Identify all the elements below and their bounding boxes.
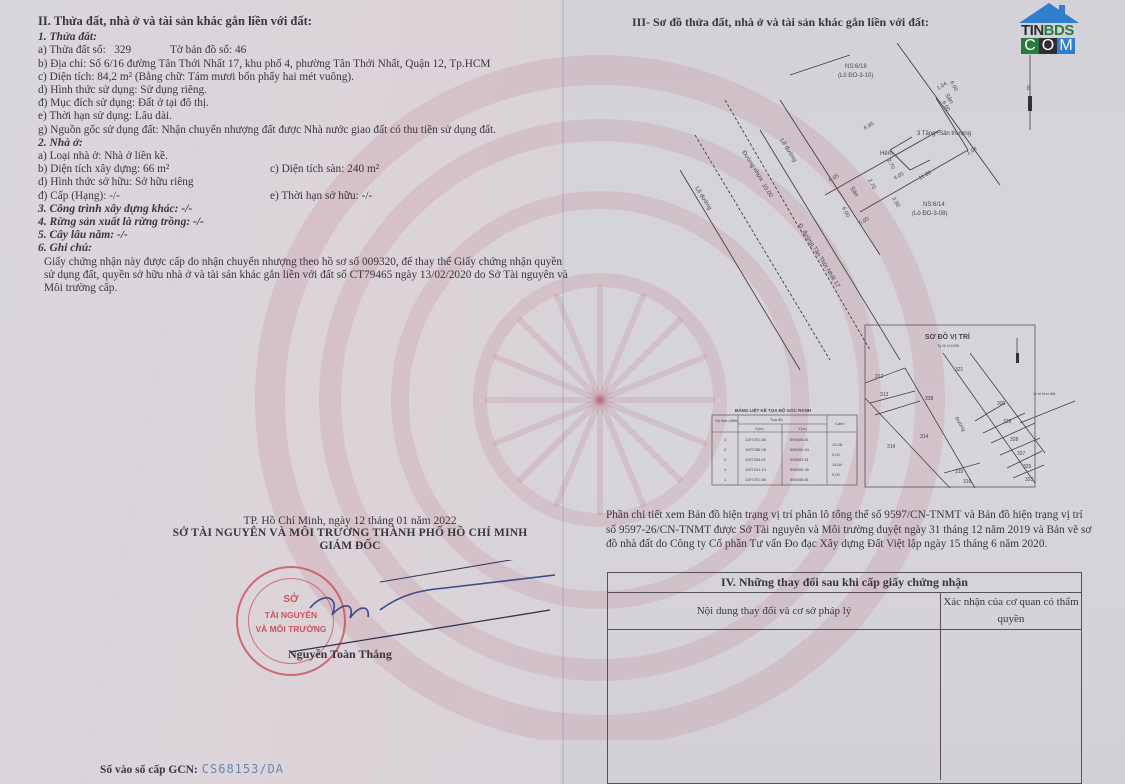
building-label: 3 Tầng+Sân thượng [917,131,971,137]
changes-table: IV. Những thay đổi sau khi cấp giấy chứn… [607,572,1082,784]
svg-text:595508.81: 595508.81 [790,477,810,482]
road-width-label: 10.00 [760,183,773,199]
signer-name: Nguyễn Toàn Thắng [288,647,392,662]
svg-text:319: 319 [887,444,896,450]
parcel-no-label: a) Thửa đất số: [38,44,106,56]
handwritten-signature-icon [270,560,560,660]
svg-text:314: 314 [920,434,929,440]
house-roof-icon [1019,3,1079,23]
street-label: Đ. đường Tân Thới Nhất 17 [796,223,841,290]
svg-text:Tọa độ: Tọa độ [770,417,783,422]
svg-text:6.05: 6.05 [828,173,840,184]
svg-text:5.00: 5.00 [832,452,841,457]
svg-text:1197284.01: 1197284.01 [745,457,767,462]
svg-text:327: 327 [1017,451,1026,457]
svg-text:1197291.86: 1197291.86 [745,477,767,482]
place-date: TP. Hồ Chí Minh, ngày 12 tháng 01 năm 20… [150,515,550,527]
changes-body [608,630,1081,780]
svg-text:X(m): X(m) [755,426,764,431]
svg-text:338: 338 [925,396,934,402]
use-form: d) Hình thức sử dụng: Sử dụng riêng. [38,84,578,97]
signer-title: GIÁM ĐỐC [150,540,550,552]
changes-col-confirmation: Xác nhận của cơ quan có thẩm quyền [941,593,1081,629]
svg-text:6.00: 6.00 [948,80,958,92]
svg-text:325: 325 [1023,464,1032,470]
parcel-no: 329 [114,44,131,56]
svg-text:Vị trí khu đất: Vị trí khu đất [1033,391,1056,396]
svg-text:3.30: 3.30 [890,196,900,208]
svg-text:4: 4 [724,467,727,472]
svg-text:Đường: Đường [953,416,966,433]
neighbor-bottom-lot: (Lô ĐO-3-08) [912,211,947,217]
road-center-label: Đường nhựa [740,150,764,183]
svg-text:14.84: 14.84 [832,462,843,467]
land-heading: 1. Thửa đất: [38,31,578,44]
svg-text:320: 320 [997,401,1006,407]
map-sheet-label: Tờ bản đồ số: [170,44,232,56]
svg-text:2.70: 2.70 [885,158,895,170]
svg-text:6.00: 6.00 [840,206,850,218]
location-map: SƠ ĐỒ VỊ TRÍ Tỷ lệ 1/1000 31231331431531… [865,325,1075,488]
svg-text:Tỷ lệ 1/1000: Tỷ lệ 1/1000 [937,343,960,348]
other-works: 3. Công trình xây dựng khác: -/- [38,203,578,216]
house-grade-row: đ) Cấp (Hạng): -/- e) Thời hạn sở hữu: -… [38,190,578,203]
svg-text:315: 315 [955,469,964,475]
svg-text:1197285.08: 1197285.08 [745,447,767,452]
neighbor-top: NS:6/18 [845,64,867,70]
changes-header-row: Nội dung thay đổi và cơ sở pháp lý Xác n… [608,593,1081,630]
svg-text:Y(m): Y(m) [798,426,807,431]
svg-text:1.04: 1.04 [936,81,948,92]
registration-value: CS68153/DA [202,762,284,776]
perennial: 5. Cây lâu năm: -/- [38,229,578,242]
svg-text:595508.81: 595508.81 [790,437,810,442]
svg-text:4.05: 4.05 [893,171,905,182]
svg-text:312: 312 [875,374,884,380]
hem-label: Hẻm [880,151,893,157]
svg-text:1: 1 [724,437,727,442]
changes-body-content-cell [608,630,941,780]
svg-text:316: 316 [963,479,972,485]
svg-text:Cạnh: Cạnh [835,421,845,426]
signature-block: TP. Hồ Chí Minh, ngày 12 tháng 01 năm 20… [150,515,550,552]
svg-text:321: 321 [955,367,964,373]
house-type: a) Loại nhà ở: Nhà ở liền kề. [38,150,578,163]
floor-area: c) Diện tích sàn: 240 m² [270,163,379,176]
issuing-organization: SỞ TÀI NGUYÊN VÀ MÔI TRƯỜNG THÀNH PHỐ HỒ… [150,527,550,539]
svg-text:5.00: 5.00 [858,216,870,227]
road-edge-label: Lề đường [778,138,797,163]
svg-text:SƠ ĐỒ VỊ TRÍ: SƠ ĐỒ VỊ TRÍ [925,331,971,341]
address: b) Địa chỉ: Số 6/16 đường Tân Thới Nhất … [38,58,578,71]
parcel-row: a) Thửa đất số: 329 Tờ bản đồ số: 46 [38,44,578,57]
neighbor-top-lot: (Lô ĐO-3-10) [838,73,873,79]
parcel-diagram: B NS:6/18 (Lô ĐO-3-10) NS:6/14 (Lô ĐO-3-… [680,30,1120,500]
svg-text:595506.36: 595506.36 [790,467,810,472]
changes-heading: IV. Những thay đổi sau khi cấp giấy chứn… [608,573,1081,593]
house-area-row: b) Diện tích xây dựng: 66 m² c) Diện tíc… [38,163,578,176]
notes-text: Giấy chứng nhận này được cấp do nhận chu… [38,256,569,296]
svg-text:313: 313 [880,392,889,398]
neighbor-bottom: NS:6/14 [923,202,945,208]
coordinate-table: BẢNG LIỆT KÊ TỌA ĐỘ GÓC RANH Số hiệu điể… [712,406,857,485]
svg-text:3: 3 [724,457,727,462]
north-label: B [1027,86,1031,92]
changes-col-content: Nội dung thay đổi và cơ sở pháp lý [608,593,941,629]
svg-text:15.08: 15.08 [832,442,843,447]
yard-label-front: Sân [848,186,859,198]
svg-text:BẢNG LIỆT KÊ TỌA ĐỘ GÓC RANH: BẢNG LIỆT KÊ TỌA ĐỘ GÓC RANH [735,406,811,413]
section-iii-heading: III- Sơ đồ thửa đất, nhà ở và tài sản kh… [632,15,929,30]
svg-text:329: 329 [1003,419,1012,425]
built-area: b) Diện tích xây dựng: 66 m² [38,163,169,175]
svg-text:1: 1 [724,477,727,482]
chimney-icon [1059,5,1065,15]
svg-text:1197291.86: 1197291.86 [745,437,767,442]
svg-text:1197291.13: 1197291.13 [745,467,767,472]
svg-text:6.95: 6.95 [863,121,875,132]
map-sheet: 46 [235,44,246,56]
ownership-term: e) Thời hạn sở hữu: -/- [270,190,372,203]
svg-text:2.70: 2.70 [866,178,876,190]
svg-text:323: 323 [1025,477,1034,483]
area: c) Diện tích: 84,2 m² (Bằng chữ: Tám mươ… [38,71,578,84]
svg-text:2: 2 [724,447,727,452]
forest: 4. Rừng sản xuất là rừng trồng: -/- [38,216,578,229]
notes-heading: 6. Ghi chú: [38,242,578,255]
registration-label: Số vào sổ cấp GCN: [100,764,198,776]
section-ii-heading: II. Thửa đất, nhà ở và tài sản khác gắn … [38,15,578,28]
use-purpose: đ) Mục đích sử dụng: Đất ở tại đô thị. [38,97,578,110]
land-origin: g) Nguồn gốc sử dụng đất: Nhận chuyển nh… [38,124,578,137]
svg-text:Số hiệu điểm: Số hiệu điểm [715,418,739,423]
house-grade: đ) Cấp (Hạng): -/- [38,190,120,202]
use-term: e) Thời hạn sử dụng: Lâu dài. [38,110,578,123]
svg-text:5.00: 5.00 [832,472,841,477]
svg-text:328: 328 [1010,437,1019,443]
house-heading: 2. Nhà ở: [38,137,578,150]
svg-text:595490.44: 595490.44 [790,447,810,452]
ownership-form: d) Hình thức sở hữu: Sở hữu riêng [38,176,578,189]
svg-text:1.04: 1.04 [966,146,978,157]
reference-paragraph: Phần chi tiết xem Bản đồ hiện trạng vị t… [606,508,1094,552]
svg-text:11.00: 11.00 [918,170,933,182]
svg-text:595493.51: 595493.51 [790,457,810,462]
registration-number-row: Số vào sổ cấp GCN:CS68153/DA [100,762,284,776]
left-section: II. Thửa đất, nhà ở và tài sản khác gắn … [38,15,578,295]
